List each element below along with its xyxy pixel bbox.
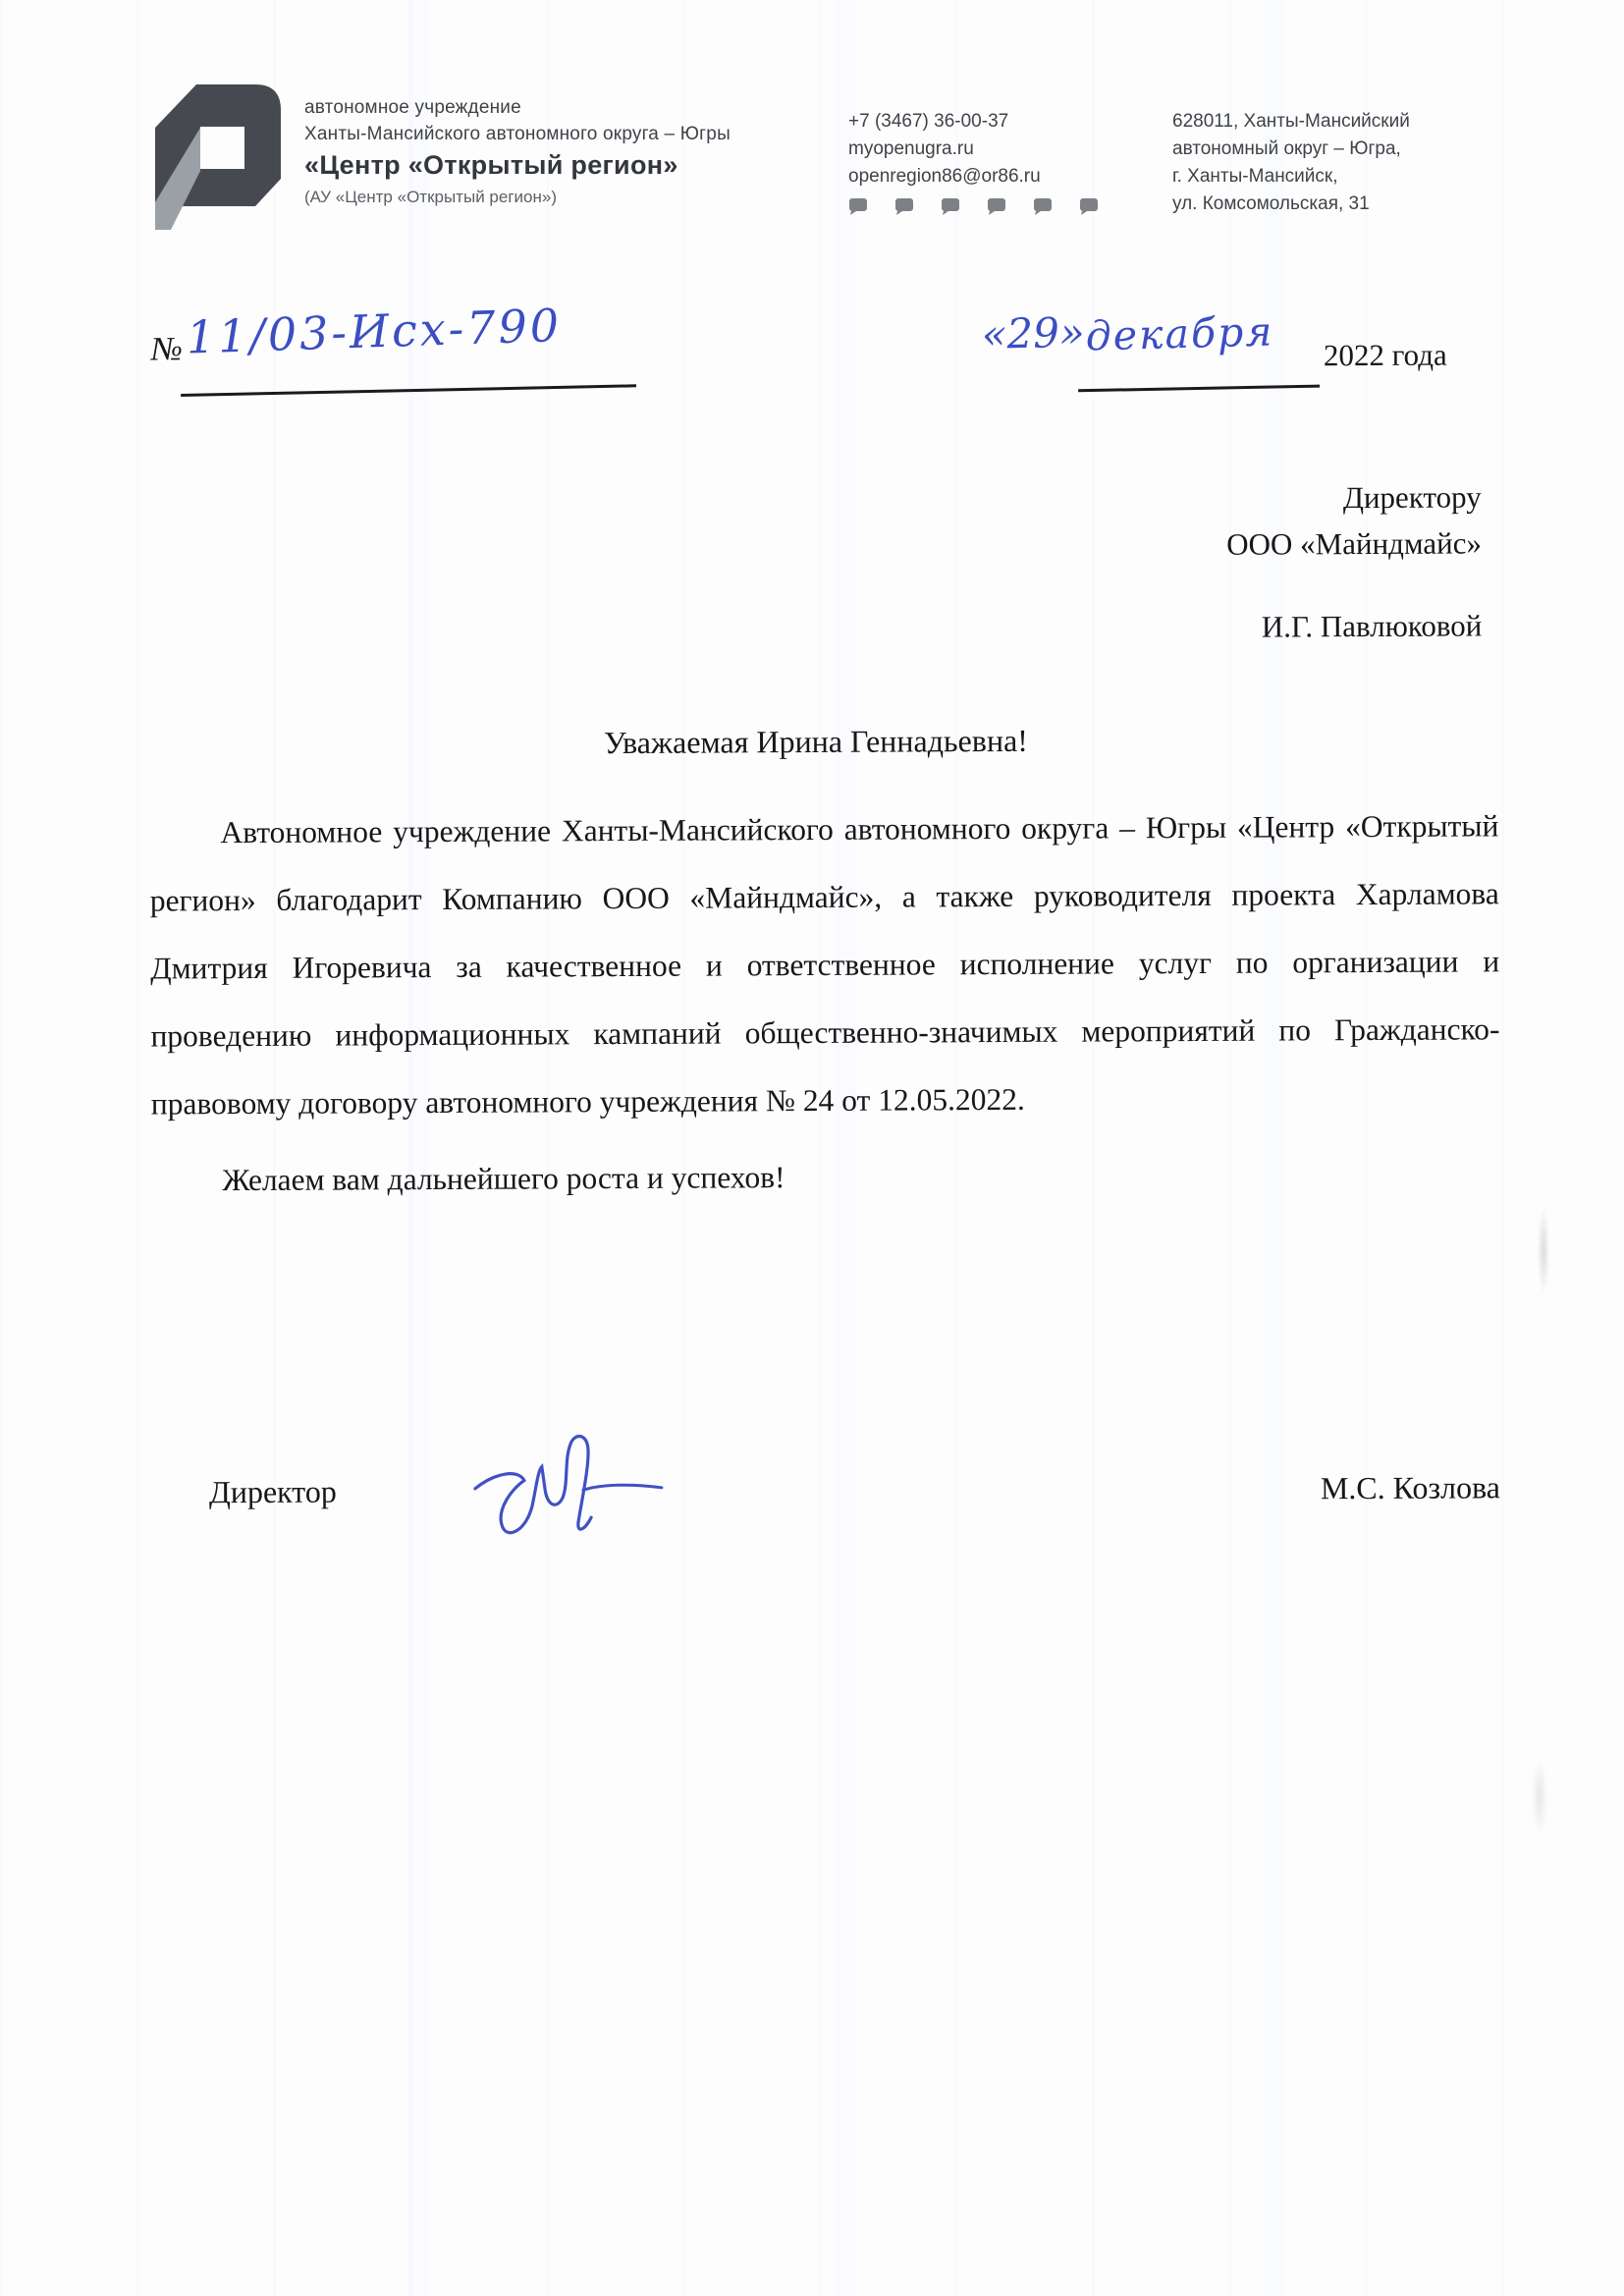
- addressee-block: Директору ООО «Майндмайс» И.Г. Павлюково…: [1226, 473, 1483, 649]
- signer-name: М.С. Козлова: [1321, 1469, 1500, 1506]
- date-year: 2022 года: [1324, 338, 1447, 374]
- addressee-person: И.Г. Павлюковой: [1227, 602, 1483, 649]
- handwritten-signature-icon: [467, 1427, 675, 1560]
- doc-number-label: №: [151, 331, 183, 368]
- addressee-title: Директору: [1226, 473, 1482, 520]
- doc-number-handwritten: 11/03-Исх-790: [186, 299, 563, 364]
- closing-paragraph: Желаем вам дальнейшего роста и успехов!: [151, 1139, 1500, 1214]
- number-underline: [181, 384, 636, 397]
- body-paragraph: Автономное учреждение Ханты-Мансийского …: [149, 792, 1500, 1137]
- letter-page: автономное учреждение Ханты-Мансийского …: [0, 0, 1624, 2296]
- date-month-handwritten: декабря: [1085, 308, 1274, 360]
- salutation: Уважаемая Ирина Геннадьевна!: [4, 720, 1624, 765]
- signer-title: Директор: [209, 1474, 337, 1511]
- addressee-company: ООО «Майндмайс»: [1226, 519, 1482, 567]
- date-underline: [1078, 385, 1320, 393]
- letter-body: Автономное учреждение Ханты-Мансийского …: [149, 792, 1500, 1214]
- letter-content: № 11/03-Исх-790 «29» декабря 2022 года Д…: [0, 0, 1624, 2296]
- date-day-handwritten: «29»: [981, 308, 1085, 358]
